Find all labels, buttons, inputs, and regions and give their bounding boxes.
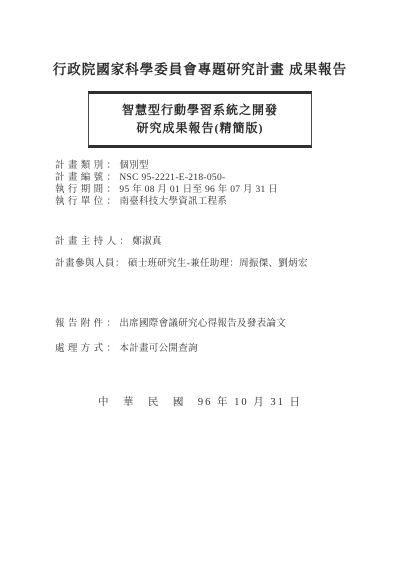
field-label: 計 畫 主 持 人 ：: [55, 236, 132, 248]
agency-report-title: 行政院國家科學委員會專題研究計畫 成果報告: [0, 58, 400, 78]
report-cover-page: 行政院國家科學委員會專題研究計畫 成果報告 智慧型行動學習系統之開發 研究成果報…: [0, 0, 400, 566]
field-label: 執 行 單 位 ：: [55, 196, 119, 208]
field-label: 計 畫 類 別 ：: [55, 160, 119, 172]
field-value: 本計畫可公開查詢: [119, 343, 197, 355]
field-value: 個別型: [119, 160, 148, 172]
field-label: 執 行 期 間 ：: [55, 184, 119, 196]
field-label: 處 理 方 式 ：: [55, 343, 119, 355]
field-label: 報 告 附 件 ：: [55, 318, 119, 330]
field-value: 南臺科技大學資訊工程系: [119, 196, 227, 208]
project-title-box: 智慧型行動學習系統之開發 研究成果報告(精簡版): [88, 91, 312, 148]
project-people-block: 計 畫 主 持 人 ： 鄭淑真 計畫參與人員： 碩士班研究生-兼任助理：周振傑、…: [55, 236, 308, 280]
report-meta-block: 報 告 附 件 ： 出席國際會議研究心得報告及發表論文 處 理 方 式 ： 本計…: [55, 318, 286, 368]
field-value: 出席國際會議研究心得報告及發表論文: [119, 318, 286, 330]
field-value: 鄭淑真: [132, 236, 161, 248]
project-info-block: 計 畫 類 別 ： 個別型 計 畫 編 號 ： NSC 95-2221-E-21…: [55, 160, 278, 208]
field-project-type: 計 畫 類 別 ： 個別型: [55, 160, 278, 172]
roc-date-line: 中 華 民 國 96 年 10 月 31 日: [0, 394, 400, 409]
field-report-attachment: 報 告 附 件 ： 出席國際會議研究心得報告及發表論文: [55, 318, 286, 330]
field-project-number: 計 畫 編 號 ： NSC 95-2221-E-218-050-: [55, 172, 278, 184]
field-principal-investigator: 計 畫 主 持 人 ： 鄭淑真: [55, 236, 308, 248]
project-title-line2: 研究成果報告(精簡版): [93, 119, 307, 137]
field-value: 碩士班研究生-兼任助理：周振傑、劉炳宏: [128, 258, 308, 270]
field-execution-period: 執 行 期 間 ： 95 年 08 月 01 日至 96 年 07 月 31 日: [55, 184, 278, 196]
field-value: NSC 95-2221-E-218-050-: [119, 172, 225, 184]
field-handling-method: 處 理 方 式 ： 本計畫可公開查詢: [55, 343, 286, 355]
field-participants: 計畫參與人員： 碩士班研究生-兼任助理：周振傑、劉炳宏: [55, 258, 308, 270]
field-label: 計畫參與人員：: [55, 258, 128, 270]
field-executing-unit: 執 行 單 位 ： 南臺科技大學資訊工程系: [55, 196, 278, 208]
project-title-line1: 智慧型行動學習系統之開發: [93, 101, 307, 119]
field-label: 計 畫 編 號 ：: [55, 172, 119, 184]
field-value: 95 年 08 月 01 日至 96 年 07 月 31 日: [119, 184, 278, 196]
